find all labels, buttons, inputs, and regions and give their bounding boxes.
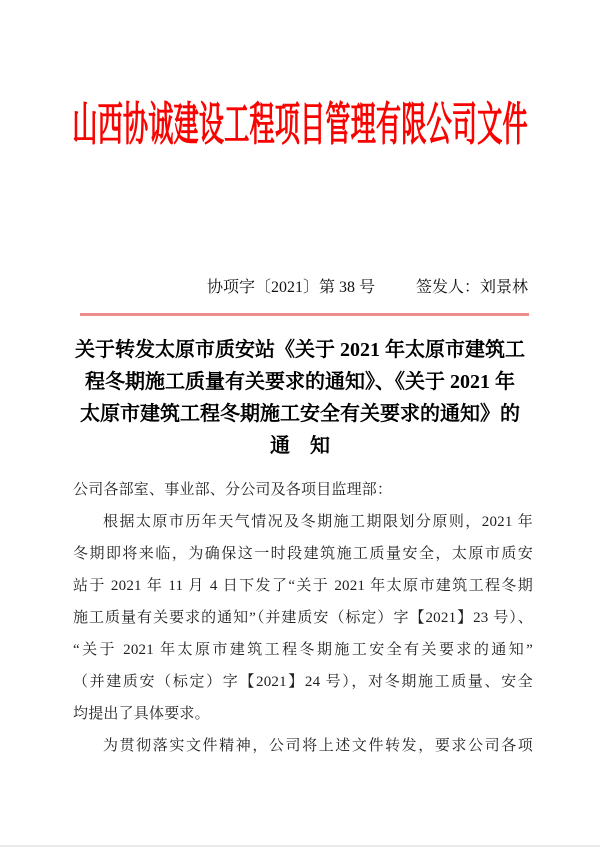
doc-title-line: 关于转发太原市质安站《关于 2021 年太原市建筑工 [0,334,600,366]
red-separator-rule [80,313,529,316]
org-header: 山西协诚建设工程项目管理有限公司文件 [0,100,600,150]
page-bottom-edge [0,845,600,847]
salutation-line: 公司各部室、事业部、分公司及各项目监理部： [73,474,533,506]
paragraph-1-line: “关于 2021 年太原市建筑工程冬期施工安全有关要求的通知” [73,634,533,666]
org-header-title: 山西协诚建设工程项目管理有限公司文件 [72,100,527,150]
paragraph-1-line: 均提出了具体要求。 [73,698,533,730]
document-page: 山西协诚建设工程项目管理有限公司文件 协项字〔2021〕第 38 号 签发人：刘… [0,0,600,848]
doc-title: 关于转发太原市质安站《关于 2021 年太原市建筑工 程冬期施工质量有关要求的通… [0,334,600,462]
doc-signer: 签发人：刘景林 [416,279,528,296]
paragraph-2-line: 为贯彻落实文件精神，公司将上述文件转发，要求公司各项 [73,730,533,762]
paragraph-1-line: 施工质量有关要求的通知”（并建质安（标定）字【2021】23 号）、 [73,602,533,634]
document-body: 公司各部室、事业部、分公司及各项目监理部： 根据太原市历年天气情况及冬期施工期限… [73,474,533,762]
doc-info-row: 协项字〔2021〕第 38 号 签发人：刘景林 [0,279,600,296]
paragraph-1-line: （并建质安（标定）字【2021】24 号），对冬期施工质量、安全 [73,666,533,698]
paragraph-1-line: 冬期即将来临，为确保这一时段建筑施工质量安全，太原市质安 [73,538,533,570]
doc-number: 协项字〔2021〕第 38 号 [207,279,375,296]
doc-title-line: 程冬期施工质量有关要求的通知》、《关于 2021 年 [0,366,600,398]
doc-title-line: 太原市建筑工程冬期施工安全有关要求的通知》的 [0,398,600,430]
doc-title-line: 通 知 [0,430,600,462]
paragraph-1-line: 根据太原市历年天气情况及冬期施工期限划分原则，2021 年 [73,506,533,538]
paragraph-1-line: 站于 2021 年 11 月 4 日下发了“关于 2021 年太原市建筑工程冬期 [73,570,533,602]
